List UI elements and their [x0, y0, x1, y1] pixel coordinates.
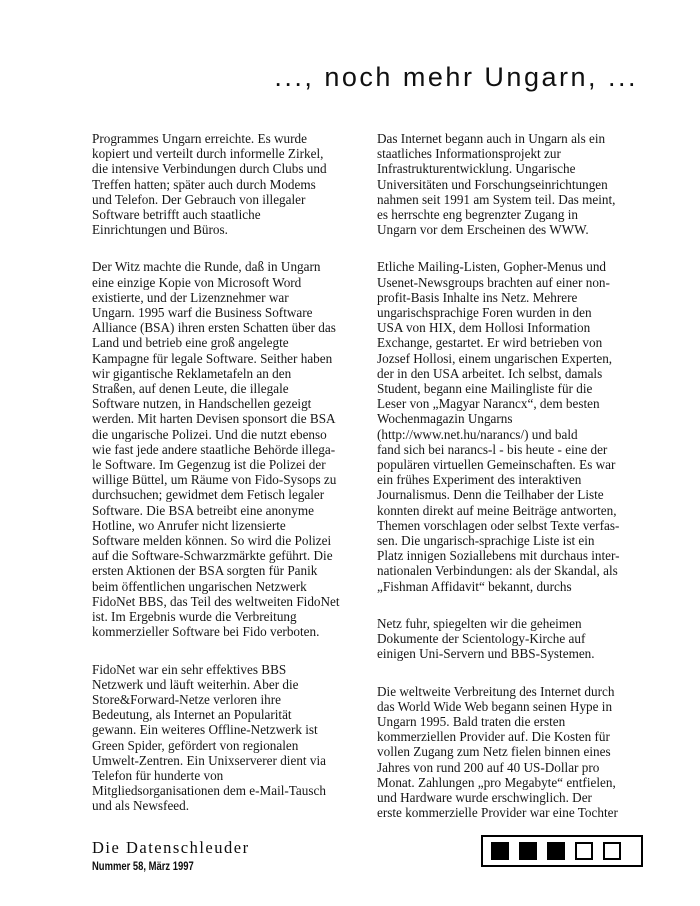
left-column: Programmes Ungarn erreichte. Es wurde ko… — [92, 131, 364, 842]
right-column: Das Internet begann auch in Ungarn als e… — [377, 131, 664, 842]
page-title: ..., noch mehr Ungarn, ... — [0, 62, 638, 93]
page-indicator-square-filled — [519, 842, 537, 860]
paragraph: FidoNet war ein sehr effektives BBS Netz… — [92, 662, 364, 814]
scanned-page: ..., noch mehr Ungarn, ... Programmes Un… — [0, 0, 700, 906]
article-body: Programmes Ungarn erreichte. Es wurde ko… — [92, 131, 664, 842]
page-indicator-square-filled — [547, 842, 565, 860]
footer-imprint: Die Datenschleuder Nummer 58, März 1997 — [92, 838, 250, 873]
issue-number: Nummer 58, März 1997 — [92, 861, 221, 873]
paragraph: Etliche Mailing-Listen, Gopher-Menus und… — [377, 259, 664, 593]
paragraph: Das Internet begann auch in Ungarn als e… — [377, 131, 664, 237]
page-indicator-square-empty — [575, 842, 593, 860]
paragraph: Die weltweite Verbreitung des Internet d… — [377, 684, 664, 821]
paragraph: Netz fuhr, spiegelten wir die geheimen D… — [377, 616, 664, 662]
page-indicator-box — [481, 835, 643, 867]
paragraph: Programmes Ungarn erreichte. Es wurde ko… — [92, 131, 364, 237]
page-indicator-square-empty — [603, 842, 621, 860]
magazine-name: Die Datenschleuder — [92, 838, 250, 858]
paragraph: Der Witz machte die Runde, daß in Ungarn… — [92, 259, 364, 639]
page-indicator-square-filled — [491, 842, 509, 860]
